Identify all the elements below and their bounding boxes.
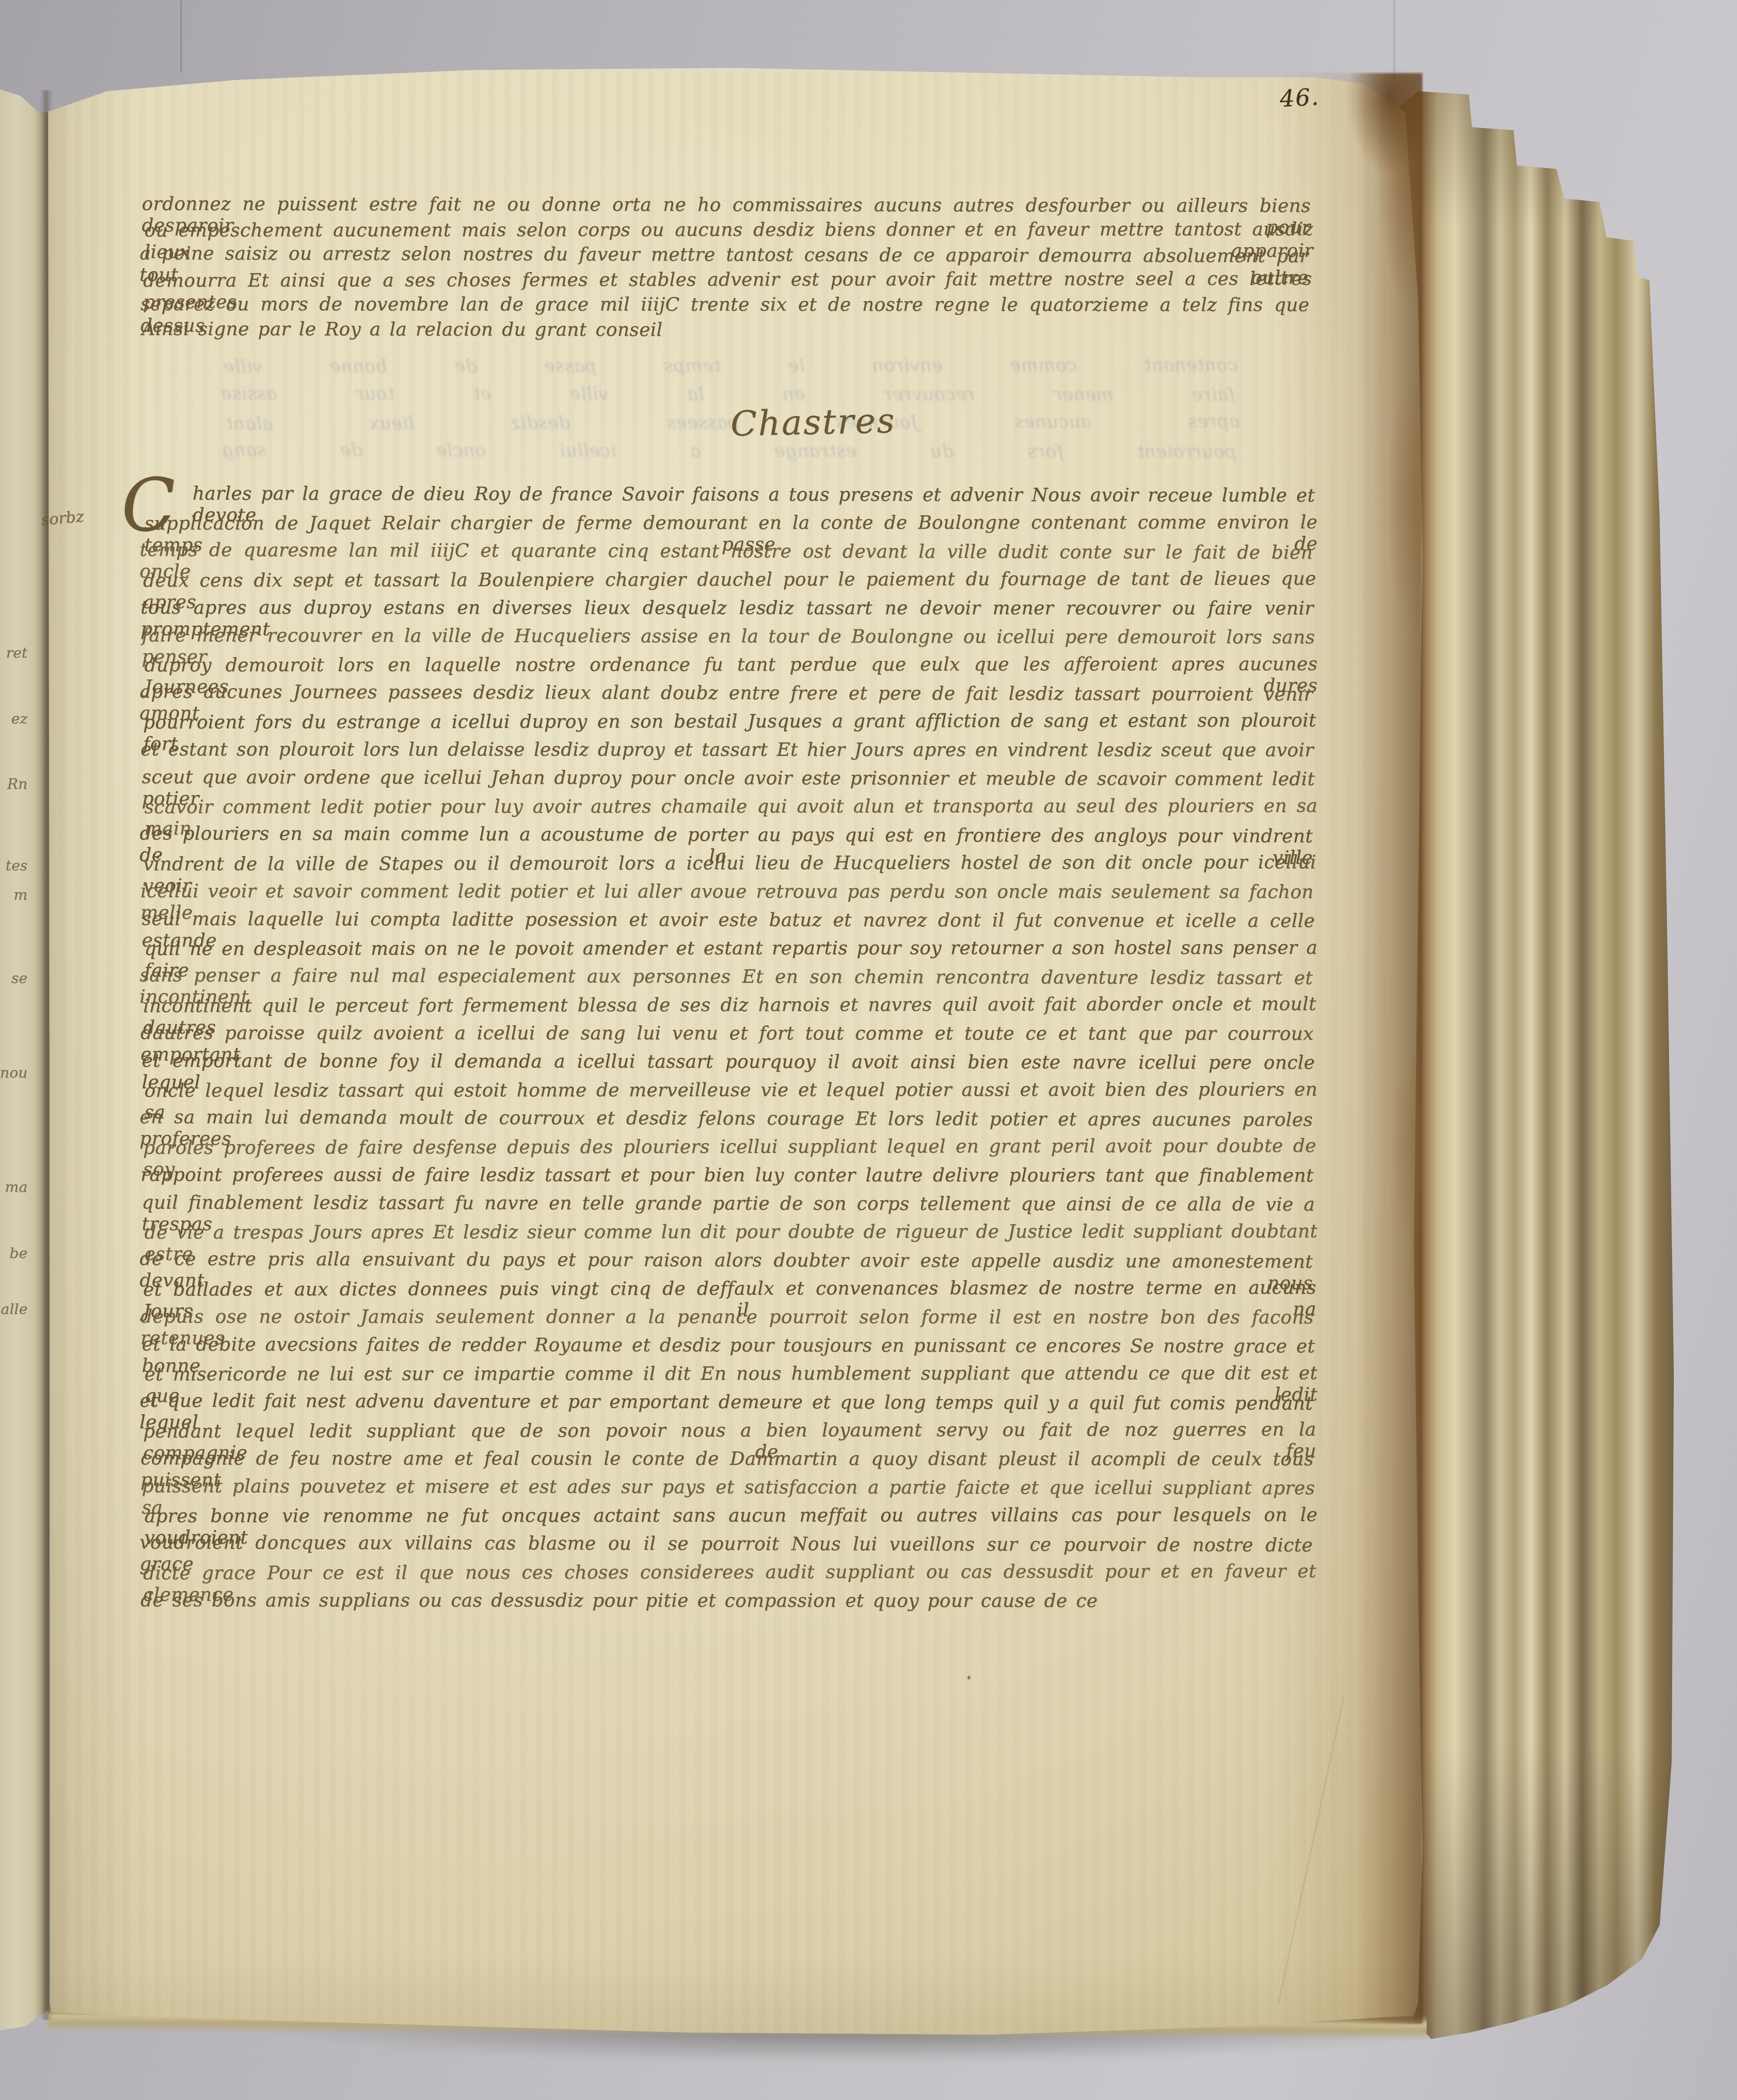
text-line: tous apres aus duproy estans en diverses… bbox=[141, 597, 1314, 626]
text-line: vindrent de la ville de Stapes ou il dem… bbox=[143, 852, 1316, 882]
ghost-text-line: faire mener recouvrer en la ville et tou… bbox=[221, 383, 1235, 412]
text-line: puissent plains pouvetez et misere et es… bbox=[142, 1476, 1315, 1506]
page-edge-fragment: be bbox=[0, 1245, 28, 1262]
text-line: paroles proferees de faire desfense depu… bbox=[143, 1135, 1316, 1166]
text-line: et misericorde ne lui est sur ce imparti… bbox=[144, 1363, 1318, 1392]
text-line: rappoint proferees aussi de faire lesdiz… bbox=[141, 1164, 1314, 1193]
foxing-fleck bbox=[967, 1675, 971, 1680]
page-number: 46. bbox=[1279, 83, 1320, 113]
text-line: ordonnez ne puissent estre fait ne ou do… bbox=[142, 193, 1311, 220]
page-edge-fragment: tes bbox=[0, 857, 28, 874]
page-edge-fragment: ez bbox=[0, 710, 28, 728]
ghost-text-line: pourroient fors du estrange a icellui on… bbox=[222, 439, 1236, 469]
text-line: dicte grace Pour ce est il que nous ces … bbox=[143, 1561, 1316, 1591]
text-line: apres aucunes Journees passees desdiz li… bbox=[140, 681, 1313, 712]
text-line: depuis ose ne ostoir Jamais seulement do… bbox=[141, 1306, 1314, 1335]
text-line: en sa main lui demanda moult de courroux… bbox=[140, 1107, 1313, 1138]
text-line: et la debite avecsions faites de redder … bbox=[142, 1334, 1315, 1364]
text-line: sans penser a faire nul mal especialemen… bbox=[140, 965, 1313, 996]
text-line: ou empeschement aucunement mais selon co… bbox=[144, 219, 1313, 245]
page-edge-fragment: m bbox=[0, 886, 28, 904]
page-edge-fragment: Rn bbox=[0, 776, 28, 793]
backdrop-seam bbox=[180, 0, 182, 72]
margin-note: sorbz bbox=[40, 508, 85, 529]
page-edge-fragment: alle bbox=[0, 1301, 28, 1318]
page-edge-fragment: se bbox=[0, 970, 28, 987]
text-line: de ses bons amis supplians ou cas dessus… bbox=[141, 1590, 1146, 1619]
manuscript-photo: retezRntesmsenoumabealle contenant comme… bbox=[0, 0, 1737, 2100]
text-line: et que ledit fait nest advenu daventure … bbox=[140, 1390, 1313, 1421]
text-line: a peine saisiz ou arrestz selon nostres … bbox=[140, 243, 1309, 271]
text-line: harles par la grace de dieu Roy de franc… bbox=[193, 483, 1315, 514]
text-line: separez ou mors de novembre lan de grace… bbox=[141, 293, 1309, 319]
text-line: quil ne en despleasoit mais on ne le pov… bbox=[144, 937, 1318, 967]
text-line: de ce estre pris alla ensuivant du pays … bbox=[140, 1248, 1313, 1280]
text-line: apres bonne vie renomme ne fut oncques a… bbox=[144, 1504, 1318, 1534]
fore-edge-page-stack bbox=[1397, 90, 1676, 2043]
backdrop-seam bbox=[1394, 0, 1395, 79]
text-line: et estant son plouroit lors lun delaisse… bbox=[141, 739, 1314, 768]
text-line: de vie a trespas Jours apres Et lesdiz s… bbox=[144, 1221, 1318, 1250]
text-line: et ballades et aux dictes donnees puis v… bbox=[143, 1277, 1316, 1308]
page-edge-fragment: ret bbox=[0, 645, 28, 662]
text-line: duproy demouroit lors en laquelle nostre… bbox=[144, 654, 1318, 683]
text-line: faire mener recouvrer en la ville de Huc… bbox=[142, 625, 1315, 655]
text-line: compagnie de feu nostre ame et feal cous… bbox=[141, 1448, 1314, 1477]
text-line: temps de quaresme lan mil iiijC et quara… bbox=[140, 539, 1313, 571]
text-line: pourroient fors du estrange a icellui du… bbox=[143, 710, 1316, 740]
text-line: incontinent quil le perceut fort fermeme… bbox=[143, 993, 1316, 1024]
text-line: demourra Et ainsi que a ses choses ferme… bbox=[143, 268, 1312, 295]
text-line: sceut que avoir ordene que icellui Jehan… bbox=[142, 767, 1315, 797]
text-line: seul mais laquelle lui compta laditte po… bbox=[142, 908, 1315, 939]
page-edge-fragment: nou bbox=[0, 1064, 28, 1082]
text-line: et emportant de bonne foy il demanda a i… bbox=[142, 1050, 1315, 1081]
text-line: dautres paroisse quilz avoient a icellui… bbox=[141, 1022, 1314, 1052]
page-edge-fragment: ma bbox=[0, 1179, 28, 1196]
text-line: supplicacion de Jaquet Relair chargier d… bbox=[144, 512, 1318, 541]
text-line: icellui veoir et savoir comment ledit po… bbox=[141, 880, 1314, 910]
text-line: quil finablement lesdiz tassart fu navre… bbox=[142, 1192, 1315, 1223]
ghost-text-line: contenant comme environ le temps passe d… bbox=[223, 354, 1238, 384]
text-line: deux cens dix sept et tassart la Boulenp… bbox=[143, 568, 1316, 599]
text-line: Ainsi signe par le Roy a la relacion du … bbox=[142, 318, 786, 345]
section-heading: Chastres bbox=[730, 400, 896, 444]
text-line: pendant lequel ledit suppliant que de so… bbox=[143, 1419, 1316, 1449]
main-paragraph: harles par la grace de dieu Roy de franc… bbox=[142, 484, 1315, 1618]
text-line: voudroient doncques aux villains cas bla… bbox=[140, 1532, 1313, 1563]
text-line: des plouriers en sa main comme lun a aco… bbox=[140, 823, 1313, 854]
closing-paragraph: ordonnez ne puissent estre fait ne ou do… bbox=[142, 194, 1311, 344]
text-line: oncle lequel lesdiz tassart qui estoit h… bbox=[144, 1079, 1318, 1109]
text-line: scavoir comment ledit potier pour luy av… bbox=[144, 795, 1318, 825]
